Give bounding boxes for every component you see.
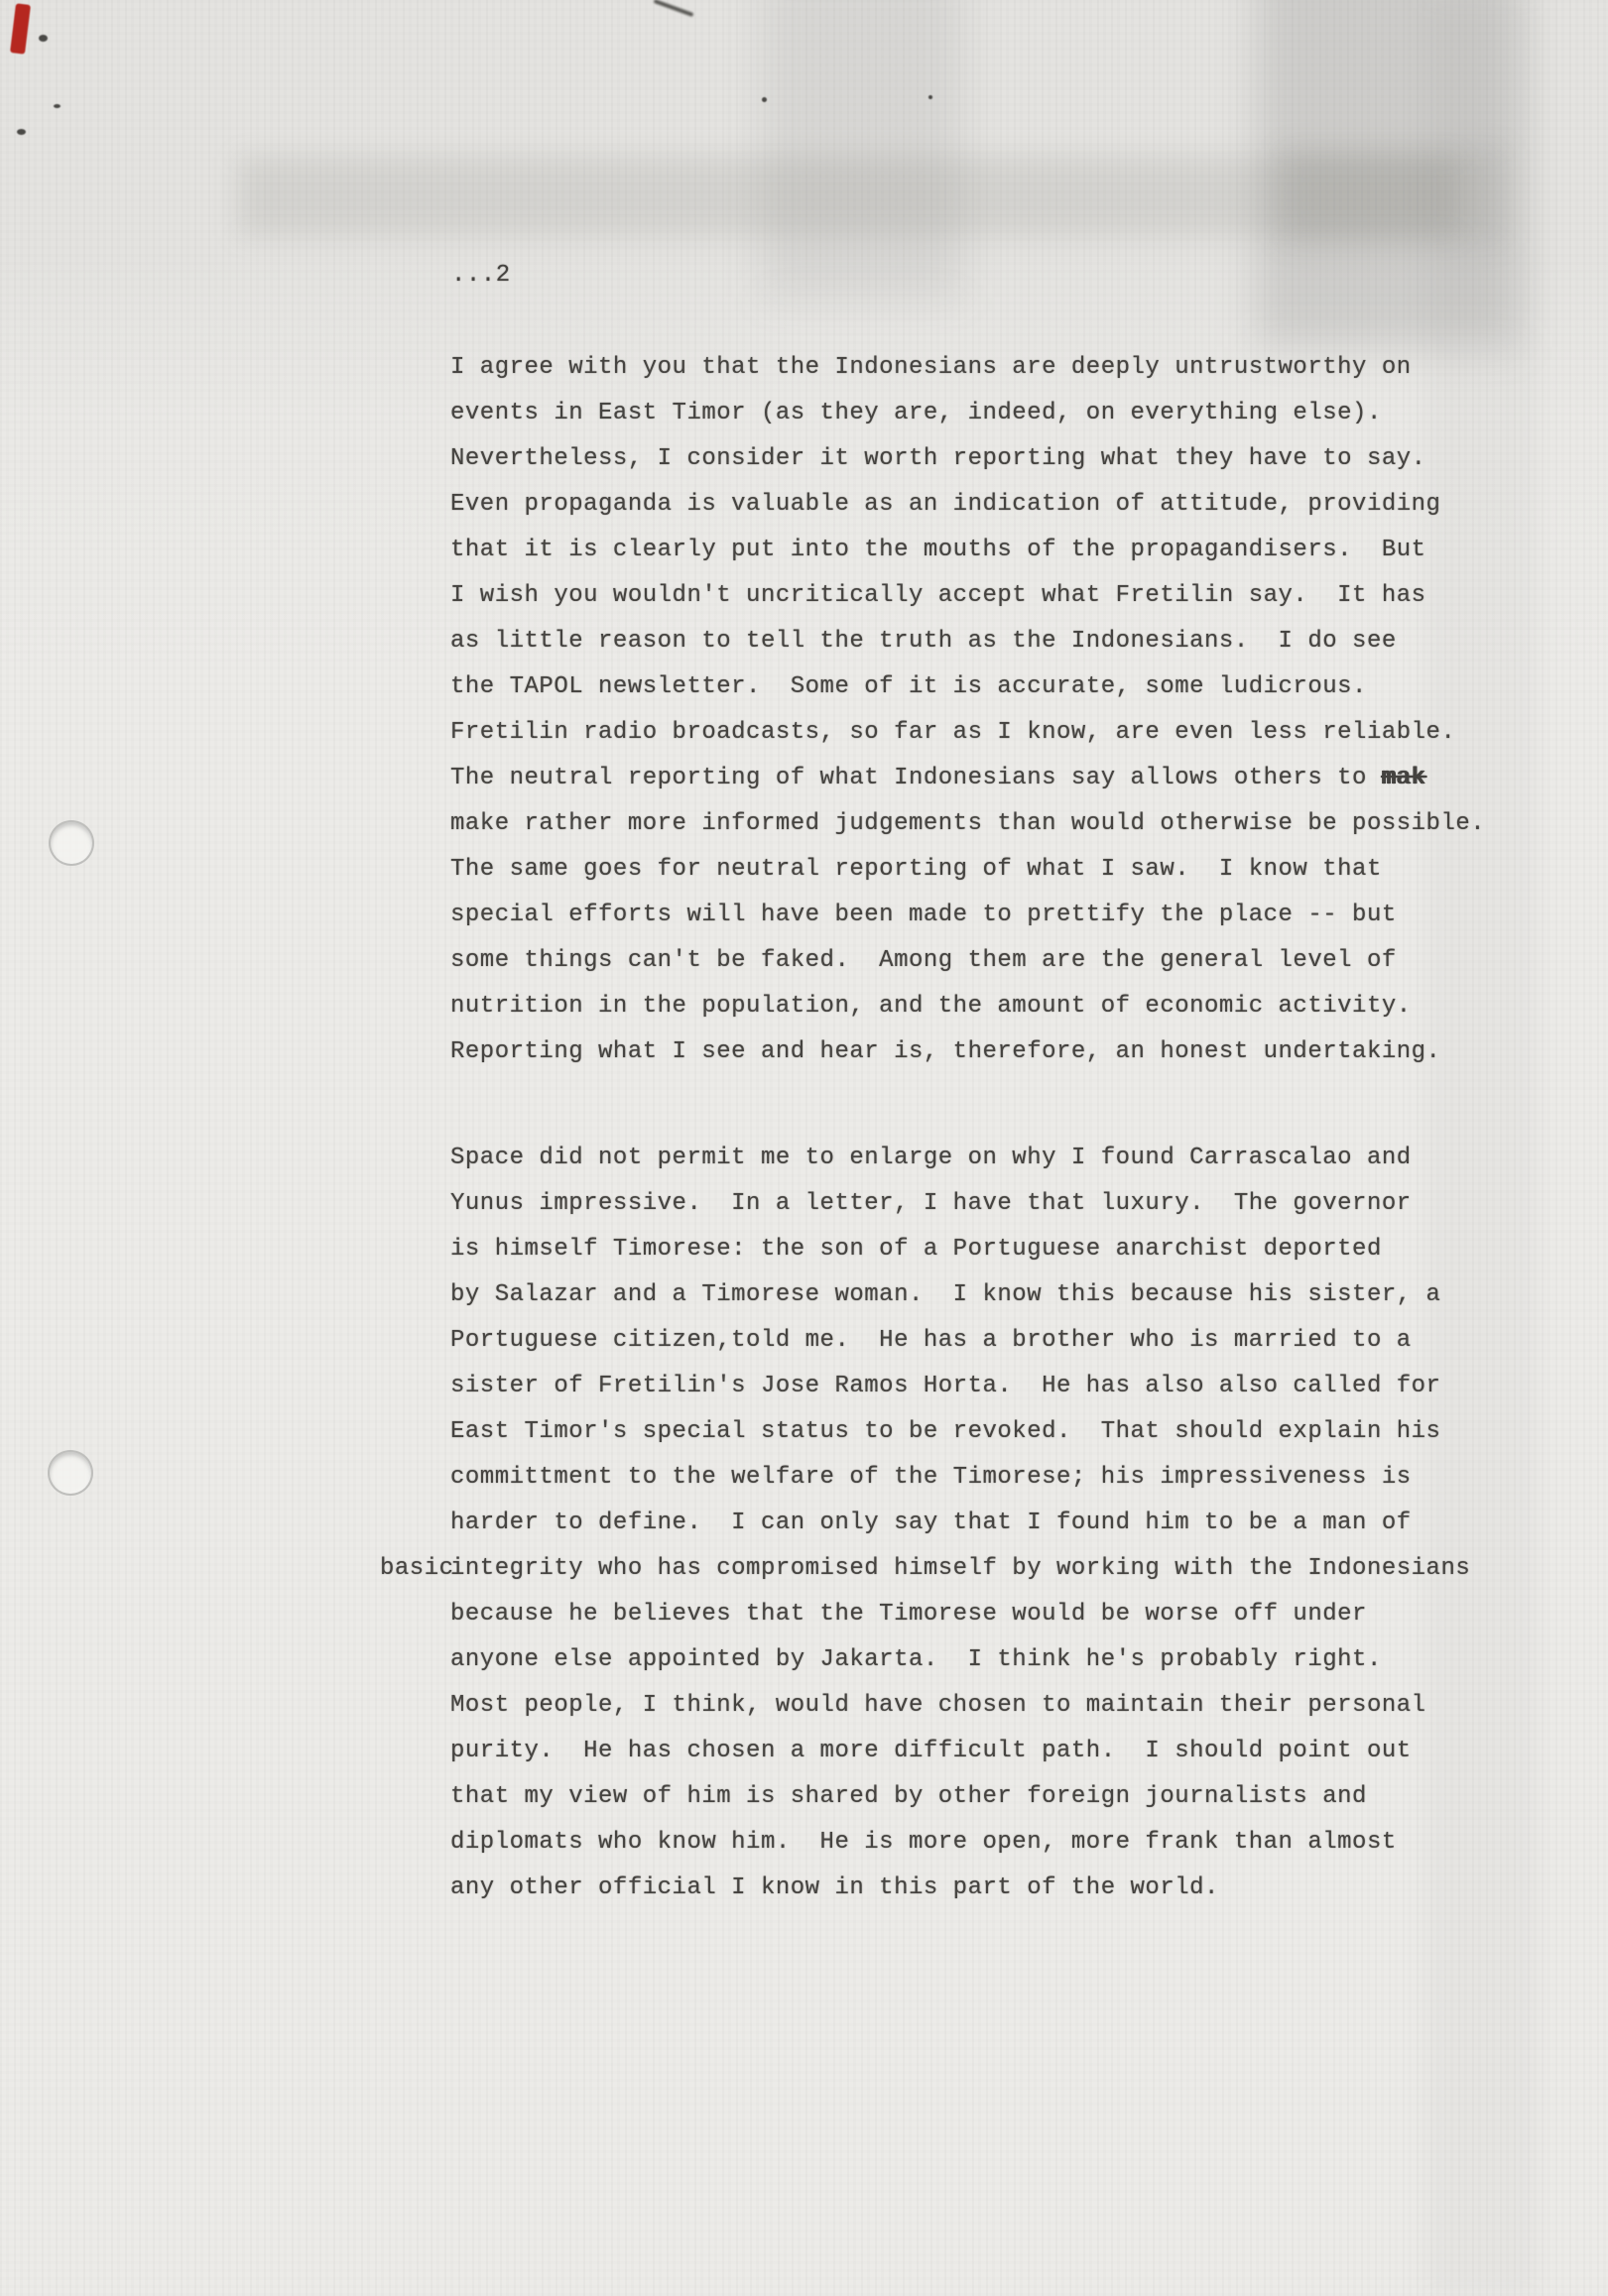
paragraph-2: Space did not permit me to enlarge on wh… [450, 1136, 1470, 1911]
text-line: I agree with you that the Indonesians ar… [450, 345, 1485, 391]
text-line: The neutral reporting of what Indonesian… [450, 756, 1485, 801]
scan-smudge [764, 0, 962, 298]
ink-speck [54, 104, 61, 108]
text-line: the TAPOL newsletter. Some of it is accu… [450, 665, 1485, 710]
text-line: that it is clearly put into the mouths o… [450, 528, 1485, 573]
text-line: special efforts will have been made to p… [450, 893, 1485, 938]
red-pen-mark [10, 3, 31, 54]
text-line: The same goes for neutral reporting of w… [450, 847, 1485, 893]
text-line: Nevertheless, I consider it worth report… [450, 436, 1485, 482]
text-line: make rather more informed judgements tha… [450, 801, 1485, 847]
hole-punch [48, 1450, 93, 1496]
text-line: East Timor's special status to be revoke… [450, 1409, 1470, 1455]
scan-smudge [1282, 149, 1505, 243]
text-line: committment to the welfare of the Timore… [450, 1455, 1470, 1501]
struck-out-text: mak [1382, 765, 1426, 791]
text-line: because he believes that the Timorese wo… [450, 1592, 1470, 1637]
text-line: anyone else appointed by Jakarta. I thin… [450, 1637, 1470, 1683]
text-line: as little reason to tell the truth as th… [450, 619, 1485, 665]
ink-speck [928, 95, 932, 99]
text-line: Reporting what I see and hear is, theref… [450, 1029, 1485, 1075]
scanned-letter-page: ...2 I agree with you that the Indonesia… [0, 0, 1608, 2296]
text-line: is himself Timorese: the son of a Portug… [450, 1227, 1470, 1272]
paragraph-1: I agree with you that the Indonesians ar… [450, 345, 1485, 1075]
ink-speck [39, 35, 48, 42]
text-line: Yunus impressive. In a letter, I have th… [450, 1181, 1470, 1227]
text-line: any other official I know in this part o… [450, 1866, 1470, 1911]
margin-note: basic [380, 1546, 454, 1592]
text-line: by Salazar and a Timorese woman. I know … [450, 1272, 1470, 1318]
text-line: integrity who has compromised himself by… [450, 1546, 1470, 1592]
hole-punch [49, 820, 94, 866]
text-line: I wish you wouldn't uncritically accept … [450, 573, 1485, 619]
text-line: nutrition in the population, and the amo… [450, 984, 1485, 1029]
text-line: events in East Timor (as they are, indee… [450, 391, 1485, 436]
text-line: purity. He has chosen a more difficult p… [450, 1729, 1470, 1774]
text-line: diplomats who know him. He is more open,… [450, 1820, 1470, 1866]
text-line: Fretilin radio broadcasts, so far as I k… [450, 710, 1485, 756]
scan-smudge [1258, 0, 1518, 347]
scan-smudge [238, 157, 1458, 236]
text-line: that my view of him is shared by other f… [450, 1774, 1470, 1820]
ink-speck [17, 129, 26, 135]
page-number: ...2 [451, 253, 511, 299]
text-line: harder to define. I can only say that I … [450, 1501, 1470, 1546]
text-line: Even propaganda is valuable as an indica… [450, 482, 1485, 528]
text-line: Portuguese citizen,told me. He has a bro… [450, 1318, 1470, 1364]
text-line: sister of Fretilin's Jose Ramos Horta. H… [450, 1364, 1470, 1409]
text-line: Space did not permit me to enlarge on wh… [450, 1136, 1470, 1181]
text-line: Most people, I think, would have chosen … [450, 1683, 1470, 1729]
ink-speck [762, 97, 767, 102]
pencil-mark [654, 0, 694, 17]
text-line: some things can't be faked. Among them a… [450, 938, 1485, 984]
